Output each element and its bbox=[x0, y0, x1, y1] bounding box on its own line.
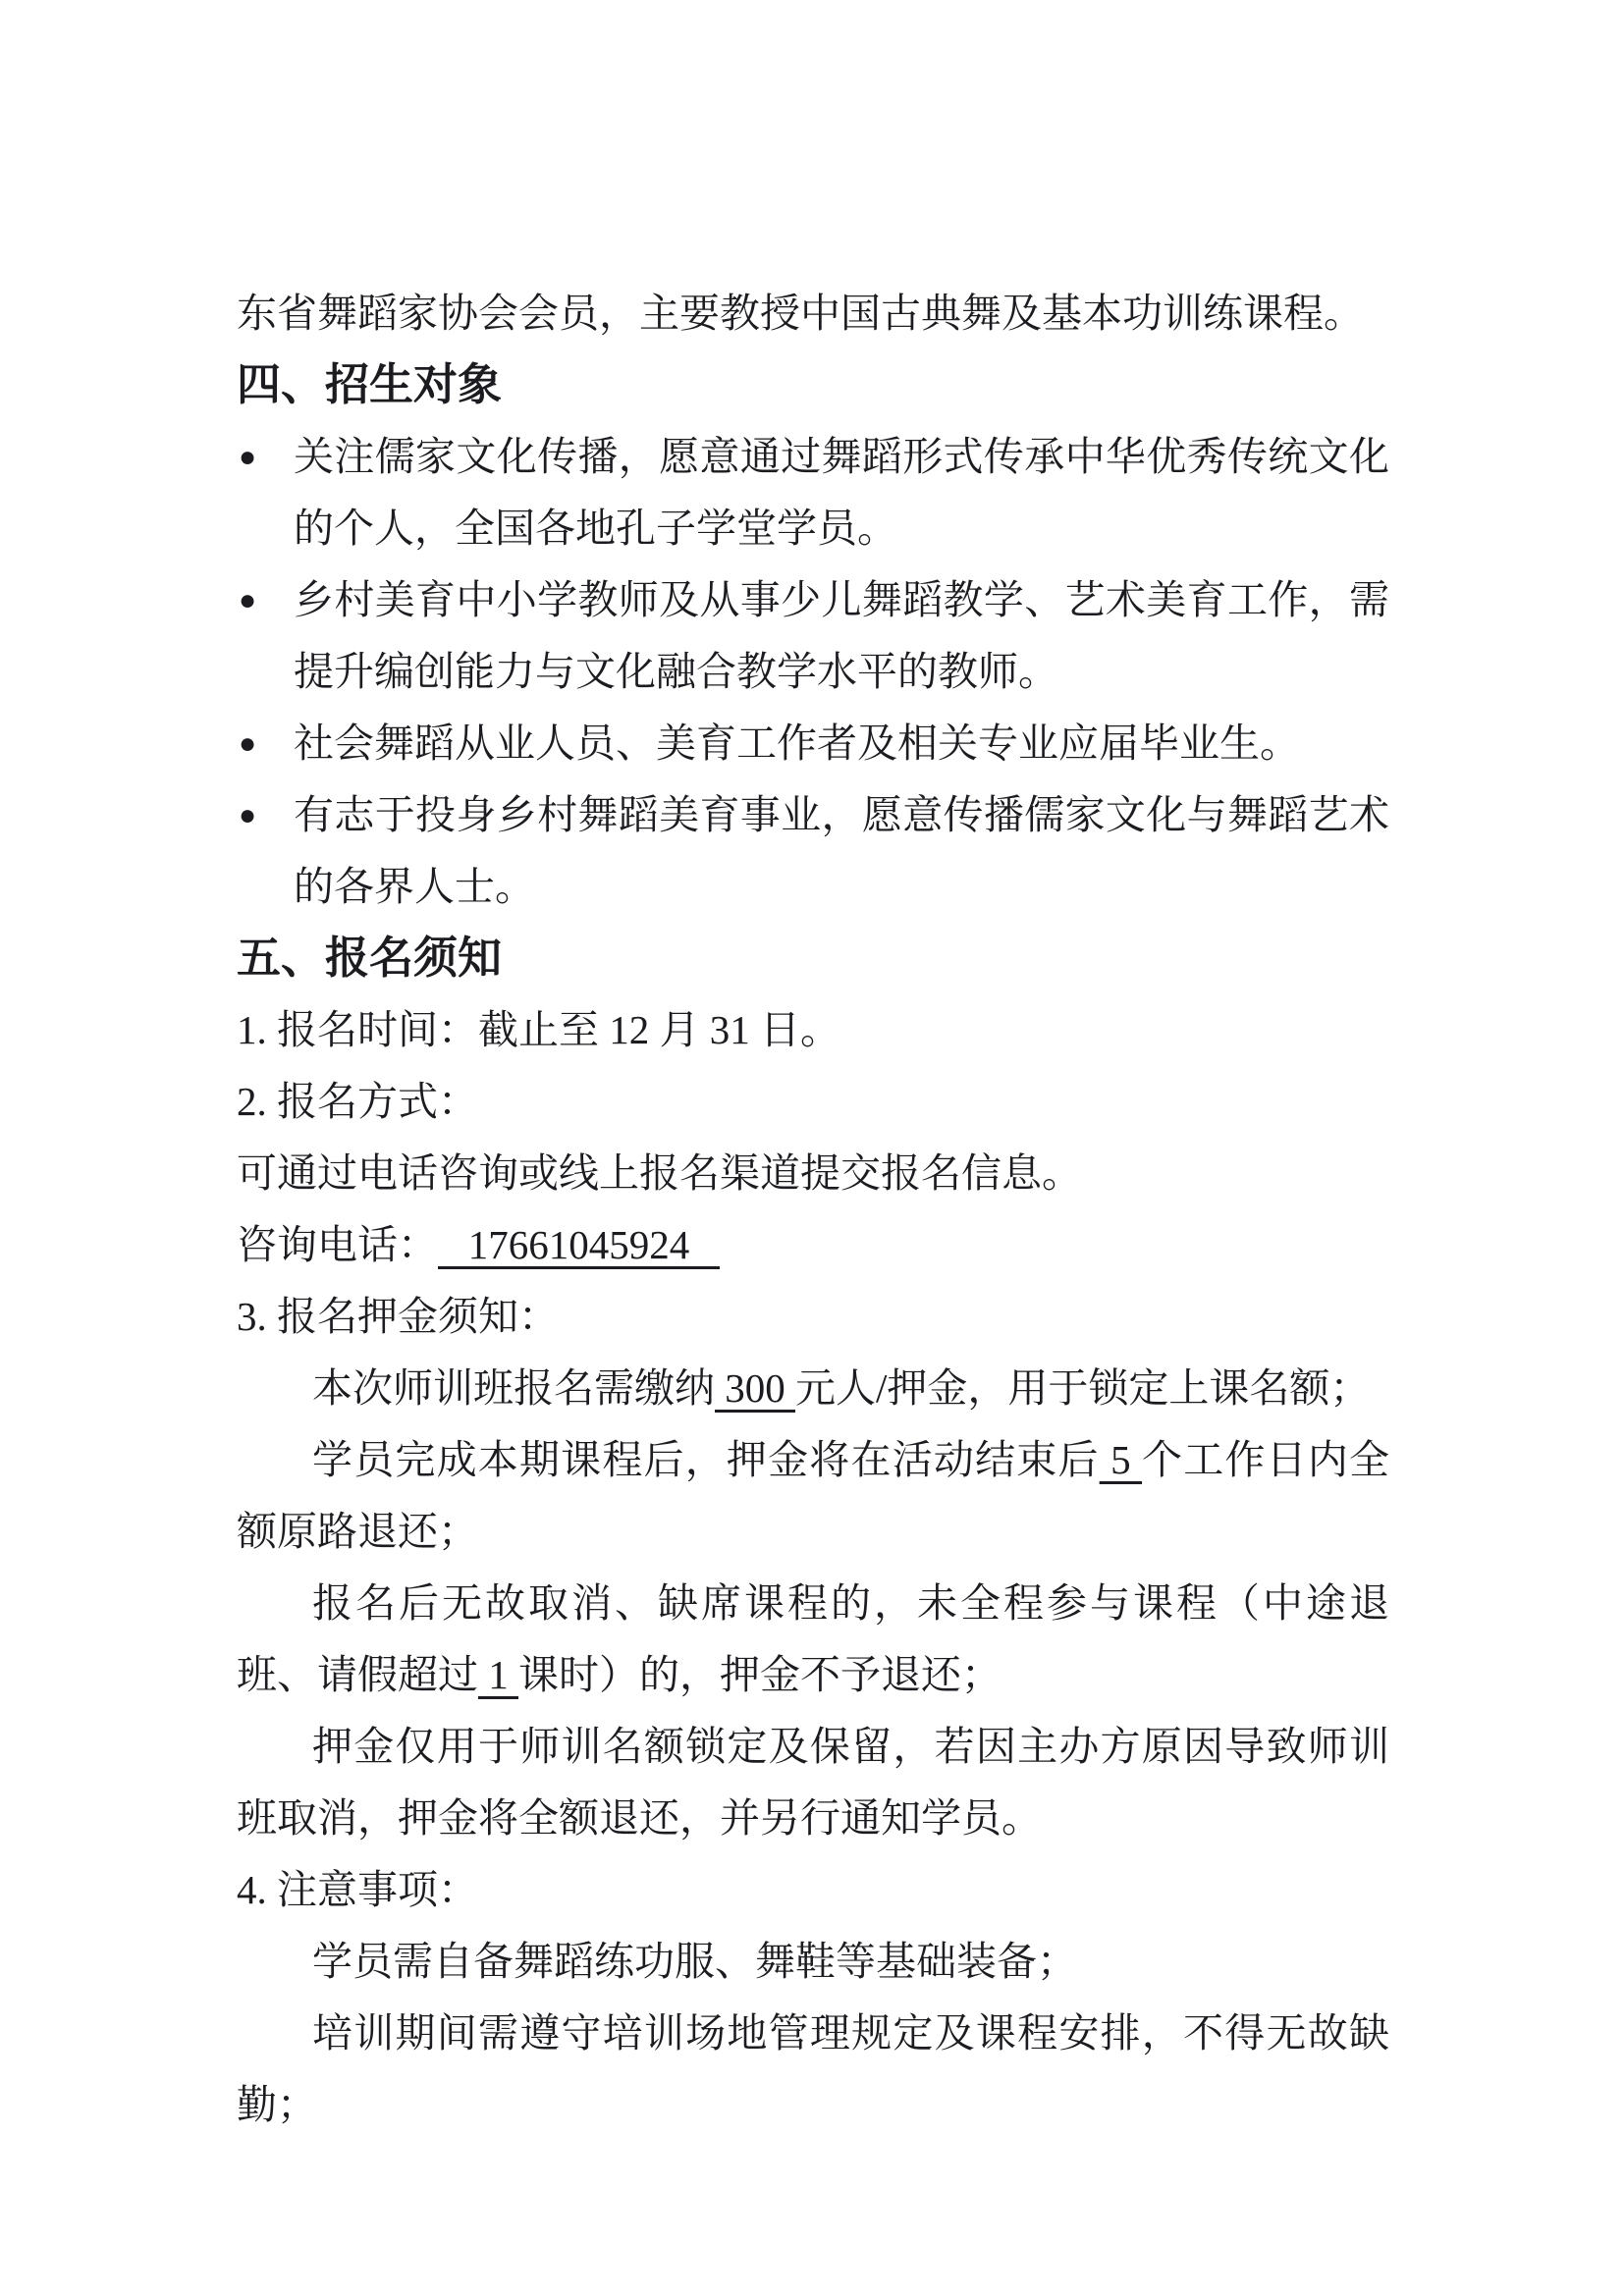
bullet-icon: ● bbox=[239, 708, 256, 779]
deposit-text: 学员完成本期课程后，押金将在活动结束后 bbox=[312, 1437, 1100, 1482]
deposit-paragraph-forfeit: 报名后无故取消、缺席课程的，未全程参与课程（中途退班、请假超过 1 课时）的，押… bbox=[237, 1568, 1389, 1711]
deposit-paragraph-cancellation: 押金仅用于师训名额锁定及保留，若因主办方原因导致师训班取消，押金将全额退还，并另… bbox=[237, 1711, 1389, 1854]
precaution-attendance: 培训期间需遵守培训场地管理规定及课程安排，不得无故缺勤； bbox=[237, 1998, 1389, 2141]
bullet-text: 社会舞蹈从业人员、美育工作者及相关专业应届毕业生。 bbox=[294, 708, 1389, 779]
bullet-list-item: ● 关注儒家文化传播，愿意通过舞蹈形式传承中华优秀传统文化的个人，全国各地孔子学… bbox=[237, 421, 1389, 564]
deposit-text: 课时）的，押金不予退还； bbox=[518, 1652, 1001, 1697]
bullet-text: 乡村美育中小学教师及从事少儿舞蹈教学、艺术美育工作，需提升编创能力与文化融合教学… bbox=[294, 564, 1389, 708]
numbered-item-deposit-notes: 3. 报名押金须知： bbox=[237, 1281, 1389, 1353]
deposit-paragraph-amount: 本次师训班报名需缴纳 300 元人/押金，用于锁定上课名额； bbox=[237, 1353, 1389, 1424]
section-heading-enrollment-targets: 四、招生对象 bbox=[237, 349, 1389, 421]
refund-days-value: 5 bbox=[1100, 1437, 1142, 1482]
numbered-item-precautions: 4. 注意事项： bbox=[237, 1854, 1389, 1926]
numbered-item-registration-method: 2. 报名方式： bbox=[237, 1066, 1389, 1138]
deposit-text: 元人/押金，用于锁定上课名额； bbox=[795, 1365, 1370, 1411]
absence-hours-value: 1 bbox=[478, 1652, 518, 1697]
numbered-item-registration-time: 1. 报名时间：截止至 12 月 31 日。 bbox=[237, 994, 1389, 1066]
bullet-list-item: ● 乡村美育中小学教师及从事少儿舞蹈教学、艺术美育工作，需提升编创能力与文化融合… bbox=[237, 564, 1389, 708]
section-heading-registration-notes: 五、报名须知 bbox=[237, 923, 1389, 994]
bullet-text: 有志于投身乡村舞蹈美育事业，愿意传播儒家文化与舞蹈艺术的各界人士。 bbox=[294, 779, 1389, 923]
registration-method-line: 可通过电话咨询或线上报名渠道提交报名信息。 bbox=[237, 1138, 1389, 1209]
deposit-text: 本次师训班报名需缴纳 bbox=[312, 1365, 715, 1411]
bullet-list-item: ● 社会舞蹈从业人员、美育工作者及相关专业应届毕业生。 bbox=[237, 708, 1389, 779]
phone-number: 17661045924 bbox=[438, 1222, 720, 1267]
phone-line: 咨询电话： 17661045924 bbox=[237, 1209, 1389, 1281]
bullet-text: 关注儒家文化传播，愿意通过舞蹈形式传承中华优秀传统文化的个人，全国各地孔子学堂学… bbox=[294, 421, 1389, 564]
phone-label: 咨询电话： bbox=[237, 1222, 438, 1267]
document-page: 东省舞蹈家协会会员，主要教授中国古典舞及基本功训练课程。 四、招生对象 ● 关注… bbox=[0, 0, 1624, 2296]
bullet-list-item: ● 有志于投身乡村舞蹈美育事业，愿意传播儒家文化与舞蹈艺术的各界人士。 bbox=[237, 779, 1389, 923]
deposit-amount-value: 300 bbox=[715, 1365, 795, 1411]
deposit-paragraph-refund-days: 学员完成本期课程后，押金将在活动结束后 5 个工作日内全额原路退还； bbox=[237, 1424, 1389, 1568]
bullet-icon: ● bbox=[239, 421, 256, 493]
precaution-equipment: 学员需自备舞蹈练功服、舞鞋等基础装备； bbox=[237, 1926, 1389, 1998]
bullet-icon: ● bbox=[239, 779, 256, 851]
bullet-icon: ● bbox=[239, 564, 256, 636]
paragraph-continuation: 东省舞蹈家协会会员，主要教授中国古典舞及基本功训练课程。 bbox=[237, 278, 1389, 349]
